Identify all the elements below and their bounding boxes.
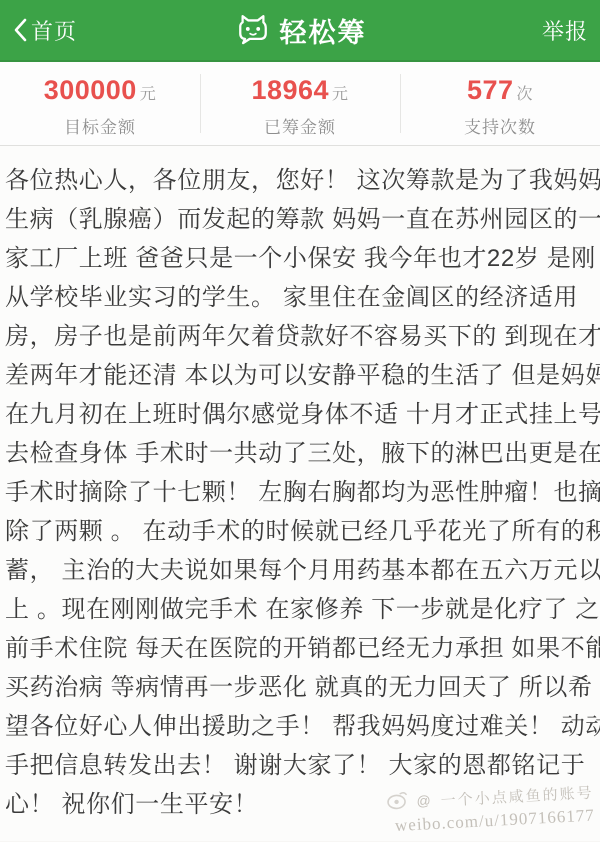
text-line: 从学校毕业实习的学生。 家里住在金阊区的经济适用 <box>5 278 595 317</box>
report-button[interactable]: 举报 <box>542 15 588 46</box>
stats-bar: 300000元 目标金额 18964元 已筹金额 577次 支持次数 <box>0 62 600 146</box>
text-line: 生病（乳腺癌）而发起的筹款 妈妈一直在苏州园区的一 <box>5 200 595 239</box>
back-chevron-icon <box>12 16 28 44</box>
stat-support-count: 577次 支持次数 <box>400 62 600 145</box>
text-line: 上 。现在刚刚做完手术 在家修养 下一步就是化疗了 之 <box>5 590 595 629</box>
text-line: 去检查身体 手术时一共动了三处，腋下的淋巴出更是在 <box>5 434 595 473</box>
back-button-label: 首页 <box>31 15 77 46</box>
stat-goal-amount: 300000元 目标金额 <box>0 62 200 145</box>
goal-amount-value: 300000元 <box>0 75 200 106</box>
support-count-unit: 次 <box>517 86 534 103</box>
text-line: 各位热心人，各位朋友，您好！ 这次筹款是为了我妈妈 <box>5 161 595 200</box>
support-count-label: 支持次数 <box>400 113 600 138</box>
text-line: 手术时摘除了十七颗！ 左胸右胸都均为恶性肿瘤！也摘 <box>5 473 595 512</box>
goal-amount-label: 目标金额 <box>0 113 200 138</box>
raised-amount-value: 18964元 <box>200 75 400 106</box>
text-line: 除了两颗 。 在动手术的时候就已经几乎花光了所有的积 <box>5 512 595 551</box>
app-title: 轻松筹 <box>280 11 367 50</box>
text-line: 家工厂上班 爸爸只是一个小保安 我今年也才22岁 是刚 <box>5 239 595 278</box>
text-line: 手把信息转发出去！ 谢谢大家了！ 大家的恩都铭记于 <box>5 746 595 785</box>
text-line: 前手术住院 每天在医院的开销都已经无力承担 如果不能 <box>5 629 595 668</box>
text-line: 心！ 祝你们一生平安！ <box>5 785 595 824</box>
raised-amount-unit: 元 <box>332 86 349 103</box>
back-button[interactable]: 首页 <box>12 15 77 46</box>
text-line: 房，房子也是前两年欠着贷款好不容易买下的 到现在才 <box>5 317 595 356</box>
stat-raised-amount: 18964元 已筹金额 <box>200 62 400 145</box>
goal-amount-unit: 元 <box>140 86 157 103</box>
app-logo: 轻松筹 <box>234 11 367 50</box>
raised-amount-label: 已筹金额 <box>200 113 400 138</box>
text-line: 在九月初在上班时偶尔感觉身体不适 十月才正式挂上号 <box>5 395 595 434</box>
text-line: 差两年才能还清 本以为可以安静平稳的生活了 但是妈妈 <box>5 356 595 395</box>
cat-logo-icon <box>234 11 272 50</box>
text-line: 买药治病 等病情再一步恶化 就真的无力回天了 所以希 <box>5 668 595 707</box>
header-bar: 首页 轻松筹 举报 <box>0 0 600 62</box>
text-line: 蓄， 主治的大夫说如果每个月用药基本都在五六万元以 <box>5 551 595 590</box>
campaign-description: 各位热心人，各位朋友，您好！ 这次筹款是为了我妈妈 生病（乳腺癌）而发起的筹款 … <box>0 146 600 841</box>
support-count-value: 577次 <box>400 75 600 106</box>
text-line: 望各位好心人伸出援助之手！ 帮我妈妈度过难关！ 动动 <box>5 707 595 746</box>
